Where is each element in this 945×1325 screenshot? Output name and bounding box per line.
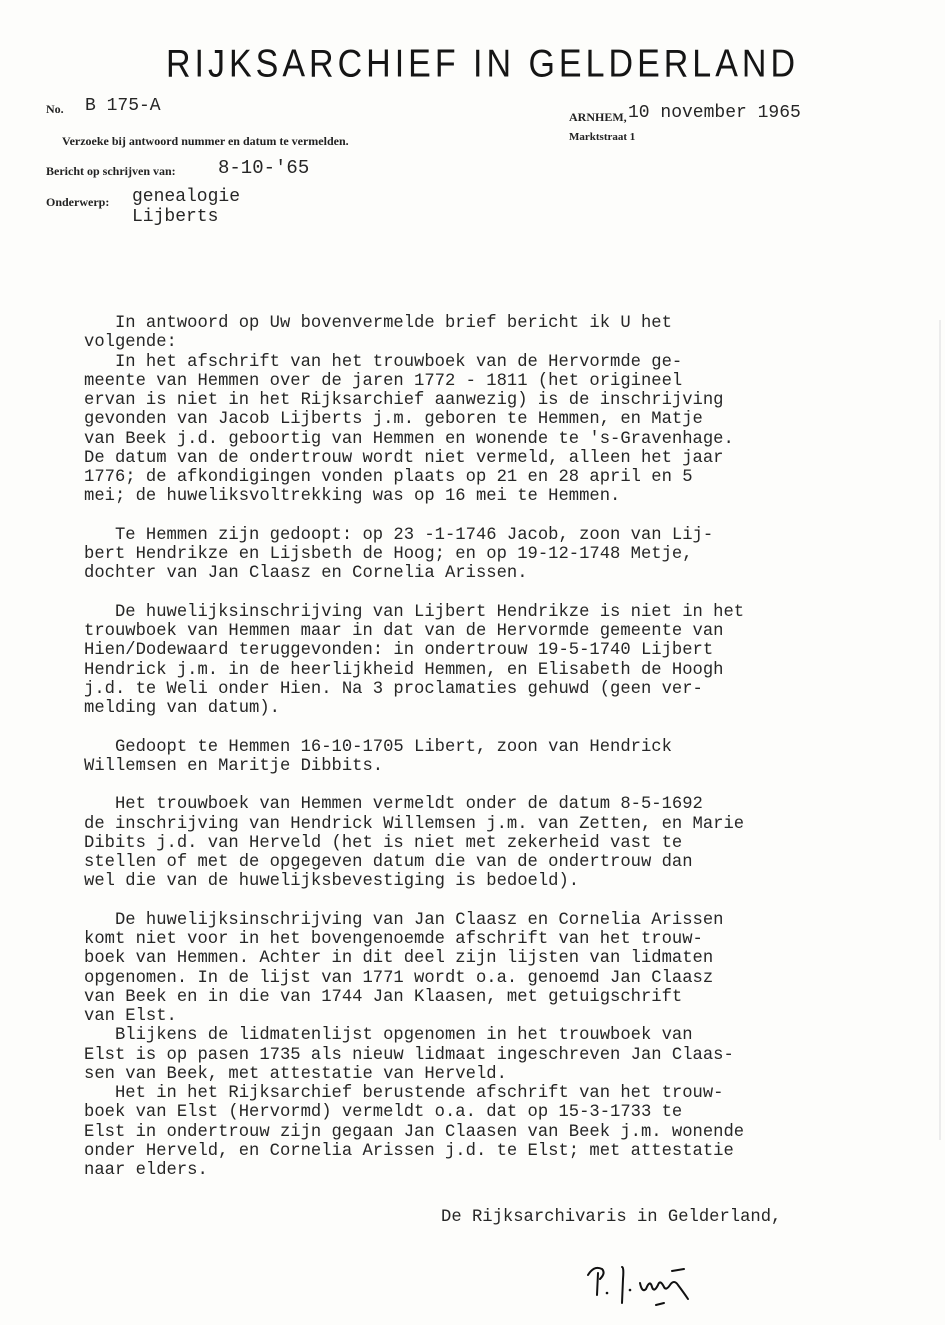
paragraph: Te Hemmen zijn gedoopt: op 23 -1-1746 Ja… bbox=[84, 526, 864, 584]
paragraph: Gedoopt te Hemmen 16-10-1705 Libert, zoo… bbox=[84, 738, 864, 777]
text-line: De huwelijksinschrijving van Lijbert Hen… bbox=[84, 603, 864, 622]
text-line: van Elst. bbox=[84, 1007, 864, 1026]
text-line: stellen of met de opgegeven datum die va… bbox=[84, 853, 864, 872]
reference-number-label: No. bbox=[46, 102, 64, 117]
paragraph: De huwelijksinschrijving van Lijbert Hen… bbox=[84, 603, 864, 719]
paragraph-gap bbox=[84, 892, 864, 911]
signatory-title: De Rijksarchivaris in Gelderland, bbox=[441, 1208, 781, 1227]
text-line: boek van Hemmen. Achter in dit deel zijn… bbox=[84, 949, 864, 968]
text-line: melding van datum). bbox=[84, 699, 864, 718]
text-line: sen van Beek, met attestatie van Herveld… bbox=[84, 1065, 864, 1084]
text-line: de inschrijving van Hendrick Willemsen j… bbox=[84, 815, 864, 834]
text-line: De huwelijksinschrijving van Jan Claasz … bbox=[84, 911, 864, 930]
text-line: Elst is op pasen 1735 als nieuw lidmaat … bbox=[84, 1046, 864, 1065]
text-line: onder Herveld, en Cornelia Arissen j.d. … bbox=[84, 1142, 864, 1161]
text-line: Hien/Dodewaard teruggevonden: in ondertr… bbox=[84, 641, 864, 660]
letter-date: 10 november 1965 bbox=[628, 103, 801, 123]
text-line: boek van Elst (Hervormd) vermeldt o.a. d… bbox=[84, 1103, 864, 1122]
reply-to-label: Bericht op schrijven van: bbox=[46, 164, 176, 179]
place-label: ARNHEM, bbox=[569, 110, 627, 125]
letterhead-title: RIJKSARCHIEF IN GELDERLAND bbox=[0, 42, 945, 87]
text-line: wel die van de huwelijksbevestiging is b… bbox=[84, 872, 864, 891]
paragraph-gap bbox=[84, 507, 864, 526]
paragraph: De huwelijksinschrijving van Jan Claasz … bbox=[84, 911, 864, 1181]
text-line: In het afschrift van het trouwboek van d… bbox=[84, 353, 864, 372]
text-line: Het trouwboek van Hemmen vermeldt onder … bbox=[84, 795, 864, 814]
text-line: gevonden van Jacob Lijberts j.m. geboren… bbox=[84, 410, 864, 429]
paragraph-gap bbox=[84, 584, 864, 603]
text-line: dochter van Jan Claasz en Cornelia Ariss… bbox=[84, 564, 864, 583]
text-line: In antwoord op Uw bovenvermelde brief be… bbox=[84, 314, 864, 333]
text-line: Willemsen en Maritje Dibbits. bbox=[84, 757, 864, 776]
subject-label: Onderwerp: bbox=[46, 195, 109, 210]
letter-body: In antwoord op Uw bovenvermelde brief be… bbox=[84, 314, 864, 1180]
reply-to-date: 8-10-'65 bbox=[218, 157, 309, 179]
paragraph: Het trouwboek van Hemmen vermeldt onder … bbox=[84, 795, 864, 891]
paragraph: In antwoord op Uw bovenvermelde brief be… bbox=[84, 314, 864, 507]
text-line: komt niet voor in het bovengenoemde afsc… bbox=[84, 930, 864, 949]
text-line: van Beek en in die van 1744 Jan Klaasen,… bbox=[84, 988, 864, 1007]
text-line: Elst in ondertrouw zijn gegaan Jan Claas… bbox=[84, 1123, 864, 1142]
reply-instruction: Verzoeke bij antwoord nummer en datum te… bbox=[62, 134, 349, 149]
paragraph-gap bbox=[84, 718, 864, 737]
text-line: Te Hemmen zijn gedoopt: op 23 -1-1746 Ja… bbox=[84, 526, 864, 545]
text-line: mei; de huweliksvoltrekking was op 16 me… bbox=[84, 487, 864, 506]
subject-line-1: genealogie bbox=[132, 187, 240, 207]
text-line: 1776; de afkondigingen vonden plaats op … bbox=[84, 468, 864, 487]
subject-line-2: Lijberts bbox=[132, 207, 218, 227]
paragraph-gap bbox=[84, 776, 864, 795]
text-line: opgenomen. In de lijst van 1771 wordt o.… bbox=[84, 969, 864, 988]
text-line: Hendrick j.m. in de heerlijkheid Hemmen,… bbox=[84, 661, 864, 680]
text-line: Gedoopt te Hemmen 16-10-1705 Libert, zoo… bbox=[84, 738, 864, 757]
text-line: De datum van de ondertrouw wordt niet ve… bbox=[84, 449, 864, 468]
street-address: Marktstraat 1 bbox=[569, 131, 635, 143]
text-line: Het in het Rijksarchief berustende afsch… bbox=[84, 1084, 864, 1103]
text-line: trouwboek van Hemmen maar in dat van de … bbox=[84, 622, 864, 641]
text-line: ervan is niet in het Rijksarchief aanwez… bbox=[84, 391, 864, 410]
text-line: Blijkens de lidmatenlijst opgenomen in h… bbox=[84, 1026, 864, 1045]
signature-icon bbox=[580, 1255, 740, 1315]
text-line: naar elders. bbox=[84, 1161, 864, 1180]
text-line: bert Hendrikze en Lijsbeth de Hoog; en o… bbox=[84, 545, 864, 564]
page-edge bbox=[939, 320, 941, 1140]
text-line: van Beek j.d. geboortig van Hemmen en wo… bbox=[84, 430, 864, 449]
reference-number: B 175-A bbox=[85, 96, 161, 116]
text-line: meente van Hemmen over de jaren 1772 - 1… bbox=[84, 372, 864, 391]
text-line: Dibits j.d. van Herveld (het is niet met… bbox=[84, 834, 864, 853]
text-line: volgende: bbox=[84, 333, 864, 352]
text-line: j.d. te Weli onder Hien. Na 3 proclamati… bbox=[84, 680, 864, 699]
